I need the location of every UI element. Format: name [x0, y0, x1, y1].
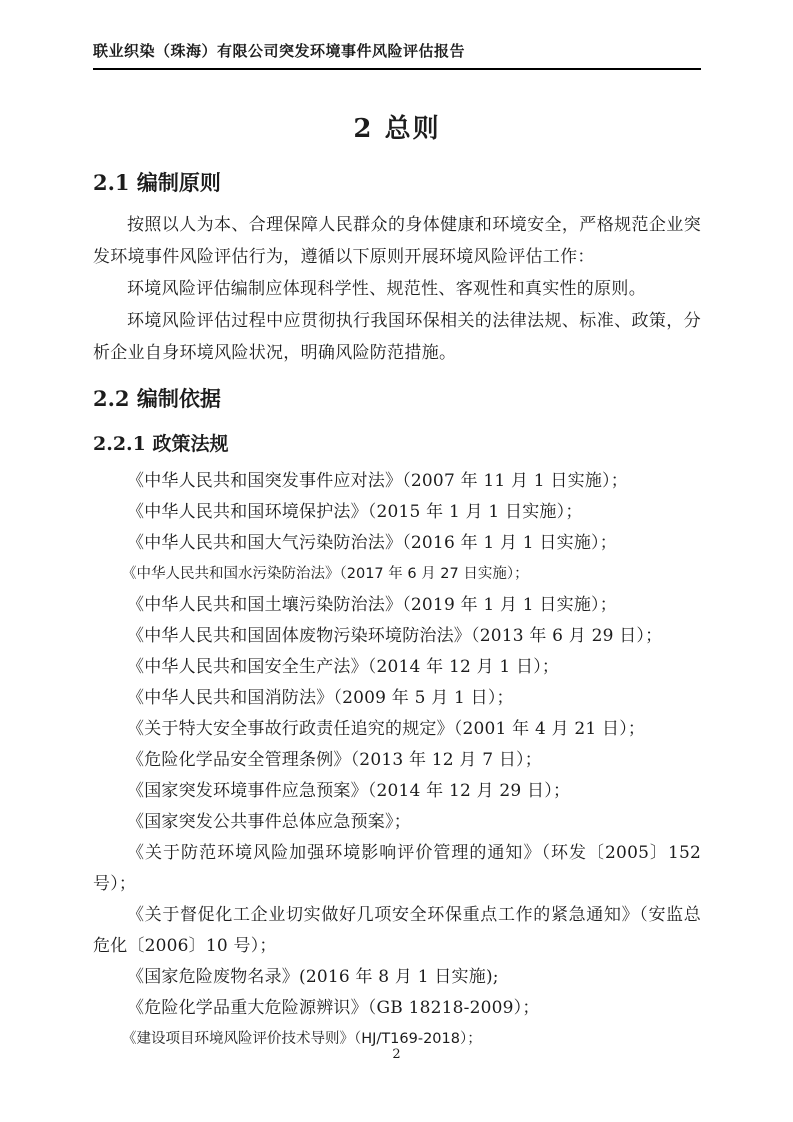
regulation-item: 《危险化学品安全管理条例》（2013 年 12 月 7 日）；: [93, 745, 701, 776]
regulation-item: 《国家危险废物名录》(2016 年 8 月 1 日实施);: [93, 962, 701, 993]
document-page: 联业织染（珠海）有限公司突发环境事件风险评估报告 2 总则 2.1 编制原则 按…: [0, 0, 793, 1122]
regulation-item: 《中华人民共和国突发事件应对法》（2007 年 11 月 1 日实施）；: [93, 466, 701, 497]
regulation-item: 《中华人民共和国消防法》（2009 年 5 月 1 日）；: [93, 683, 701, 714]
regulation-item: 《关于督促化工企业切实做好几项安全环保重点工作的紧急通知》（安监总危化〔2006…: [93, 900, 701, 962]
subsection-heading-2-2-1: 2.2.1 政策法规: [93, 429, 701, 456]
page-content: 2 总则 2.1 编制原则 按照以人为本、合理保障人民群众的身体健康和环境安全，…: [93, 98, 701, 1055]
paragraph: 环境风险评估过程中应贯彻执行我国环保相关的法律法规、标准、政策，分析企业自身环境…: [93, 305, 701, 369]
paragraph: 环境风险评估编制应体现科学性、规范性、客观性和真实性的原则。: [93, 273, 701, 305]
regulation-list: 《中华人民共和国突发事件应对法》（2007 年 11 月 1 日实施）；《中华人…: [93, 466, 701, 1055]
page-header: 联业织染（珠海）有限公司突发环境事件风险评估报告: [93, 40, 701, 70]
regulation-item: 《中华人民共和国水污染防治法》（2017 年 6 月 27 日实施）；: [93, 559, 701, 590]
section-heading-2-1: 2.1 编制原则: [93, 167, 701, 197]
regulation-item: 《国家突发公共事件总体应急预案》；: [93, 807, 701, 838]
regulation-item: 《中华人民共和国环境保护法》（2015 年 1 月 1 日实施）；: [93, 497, 701, 528]
regulation-item: 《国家突发环境事件应急预案》（2014 年 12 月 29 日）；: [93, 776, 701, 807]
regulation-item: 《关于防范环境风险加强环境影响评价管理的通知》（环发〔2005〕152 号）；: [93, 838, 701, 900]
regulation-item: 《中华人民共和国安全生产法》（2014 年 12 月 1 日）；: [93, 652, 701, 683]
regulation-item: 《中华人民共和国土壤污染防治法》（2019 年 1 月 1 日实施）；: [93, 590, 701, 621]
chapter-title: 2 总则: [93, 108, 701, 145]
section-heading-2-2: 2.2 编制依据: [93, 383, 701, 413]
paragraph: 按照以人为本、合理保障人民群众的身体健康和环境安全，严格规范企业突发环境事件风险…: [93, 209, 701, 273]
page-number: 2: [0, 1047, 793, 1062]
regulation-item: 《中华人民共和国大气污染防治法》（2016 年 1 月 1 日实施）；: [93, 528, 701, 559]
regulation-item: 《危险化学品重大危险源辨识》（GB 18218-2009）；: [93, 993, 701, 1024]
regulation-item: 《中华人民共和国固体废物污染环境防治法》（2013 年 6 月 29 日）；: [93, 621, 701, 652]
regulation-item: 《关于特大安全事故行政责任追究的规定》（2001 年 4 月 21 日）；: [93, 714, 701, 745]
